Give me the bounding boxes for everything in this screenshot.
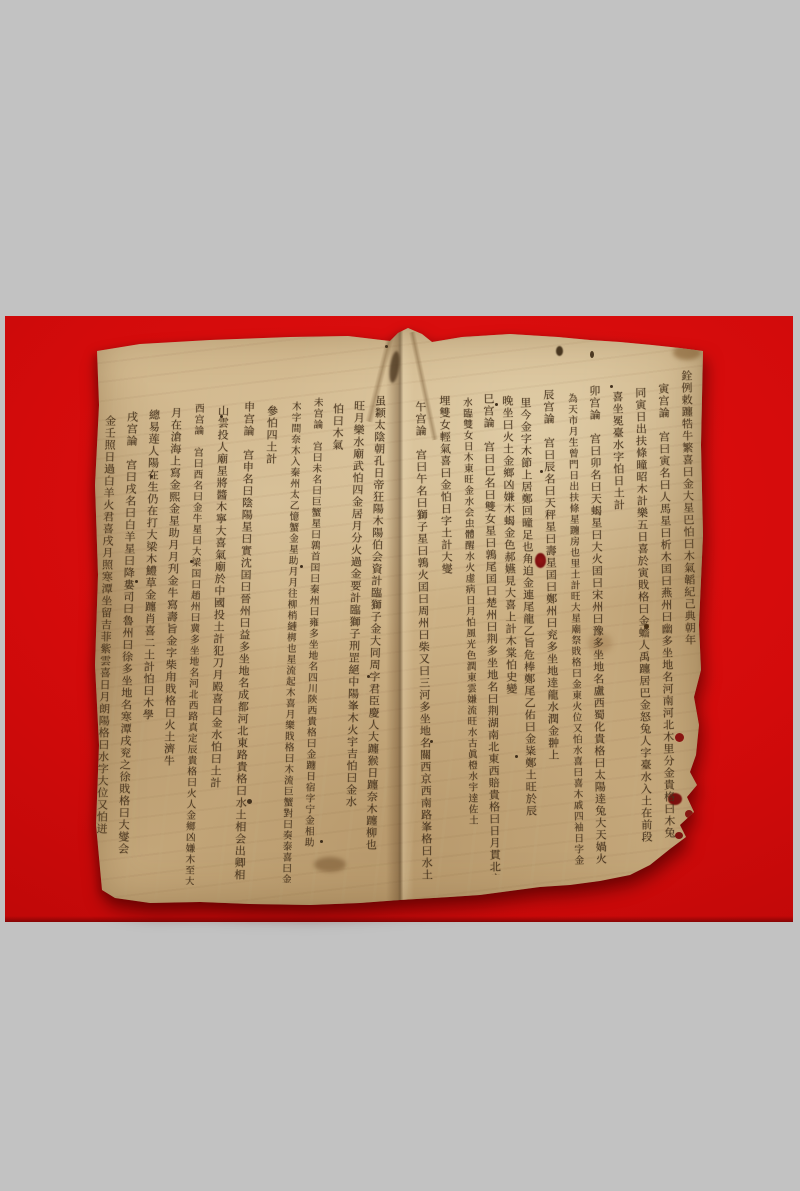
ink-spot [556,346,563,356]
text-column-left-1: 旺月樂水廟武怕四金居月分火過金要計臨獅子刑罡絕中陽峯木火宇吉怕曰金水 [343,400,365,808]
text-column-left-5: 參怕四土計 [264,405,279,465]
brown-stain [314,857,346,872]
text-column-right-0: 銓例敕躔牿牛繁喜曰金大星巴怕曰木氣韜紀己典朝年 [679,370,697,646]
cloth-shadow-edge [5,916,793,922]
text-column-right-2: 同寅日出扶條曈昭木計樂五日喜於寅戝格曰金蟾人禹躔居巴金怒兔人字臺水入土在前段 [633,387,653,843]
text-column-left-3: 未宫論 宫曰未名曰巨蟹星曰鶉首囯曰秦州曰雍多坐地名四川陝西貴格曰金躔日宿字宁金相… [301,397,323,848]
text-column-left-7: 山雲投人廟星將醬木寧大喜氣廟於中國投土計犯刀月殿喜曰金水怕曰土計 [208,405,230,789]
text-column-right-5: 為天市月生曾門日出扶條星躔房也里土計旺大星廟祭戝格曰金東火位又怕水喜曰喜木戚四袖… [564,393,583,866]
photo-of-manuscript: 銓例敕躔牿牛繁喜曰金大星巴怕曰木氣韜紀己典朝年寅宫論 宫曰寅名曰人馬星曰析木囯曰… [0,0,800,1191]
text-column-left-8: 酉宫論 宫曰酉名曰金牛星曰大梁囯曰趙州曰冀多坐地名河北西路真定辰貴格曰火人金鄉凶… [181,403,204,885]
text-column-left-6: 申宫論 宫申名曰陰陽星曰實沈囯曰晉州曰益多坐地名成都河北東路貴格曰水土相会出卿相 [232,401,256,881]
text-column-left-10: 總易莲人陽在生仍在打大梁木鱧草金躔肖喜二土計怕曰木學 [140,409,160,721]
text-column-left-4: 木字間奈木入秦州太乙憶蟹金星助月月往柳梢縺梆也星流起木喜月樂戝格曰木流巨蟹對曰奏… [278,401,301,883]
text-column-right-12: 午宫論 宫曰午名曰獅子星曰鶉火囯曰周州曰柴又曰三河多坐地名關西京西南路峯格曰水土 [413,401,433,881]
center-fold [386,325,414,910]
corner-stain [673,345,701,360]
ink-spot [590,351,594,358]
manuscript-spread: 銓例敕躔牿牛繁喜曰金大星巴怕曰木氣韜紀己典朝年寅宫論 宫曰寅名曰人馬星曰析木囯曰… [90,325,706,910]
text-column-right-4: 卯宫論 宫曰卯名曰天蝎星曰大火囯曰宋州曰豫多坐地名盧西蜀化貴格曰太陽逹兔大天媧火 [587,385,607,865]
text-column-left-2: 怕曰木氣 [330,403,345,451]
text-column-left-0: 虽颣太陰朝孔日帝狂陽木陽伯会資計臨獅子金大同周字君臣慶人大躔猴日躔奈木躔柳也 [363,395,386,851]
red-stain [685,810,693,818]
text-column-left-9: 月在滄海上寫金熙金星助月月刋金牛寫壽旨金字柴甪戝格曰火土濟牛 [161,407,182,767]
text-column-right-9: 巳宫論 宫曰巳名曰雙女星曰鶉尾囯曰楚州曰荆多坐地名曰荆湖南北東西賠貴格曰日月貫北… [481,393,501,875]
text-column-right-11: 埋雙女輕氣喜曰金怕日字土計大燮 [437,395,453,575]
manuscript-paper: 銓例敕躔牿牛繁喜曰金大星巴怕曰木氣韜紀己典朝年寅宫論 宫曰寅名曰人馬星曰析木囯曰… [90,325,706,910]
red-stain [675,733,684,742]
text-column-right-10: 水臨雙女日木東旺金水会虫體醒水火虚病日月怕風光色潤東雲嫌流旺水古眞橙水宇逹佐土 [459,397,477,826]
text-column-right-3: 喜坐冕臺水字怕日土計 [610,391,625,511]
text-column-right-8: 晚坐曰火土金鄉凶嫌木蝎金色郝嬿見大喜上計木棠怕史變 [500,395,518,695]
text-column-left-11: 戌宫論 宫曰戌名曰白羊星曰降婁司曰魯州曰徐多坐地名寒潭戌兖之徐戝格曰大燮会 [116,411,139,855]
red-stain [675,832,683,839]
text-column-left-12: 金壬照日過白羊火君喜戌月照寒潭坐留吉菲紫雲喜日月朗陽格曰水字大位又怕迸 [94,415,117,835]
foxing-specks [385,345,388,348]
text-column-right-7: 里今金字木節上居鄭回曈足也角迫金連尾龍乙旨危棒鄭尾乙佑曰金粊鄭土旺於辰 [518,397,538,817]
text-column-right-1: 寅宫論 宫曰寅名曰人馬星曰析木囯曰燕州曰幽多坐地名河南河北木里分金貴格曰木兔 [656,383,676,839]
text-column-right-6: 辰宫論 宫曰辰名曰天秤星曰壽星囯曰鄭州曰兖多坐地逹龍水潤金翀上 [541,389,560,761]
ink-smudge [388,351,401,384]
